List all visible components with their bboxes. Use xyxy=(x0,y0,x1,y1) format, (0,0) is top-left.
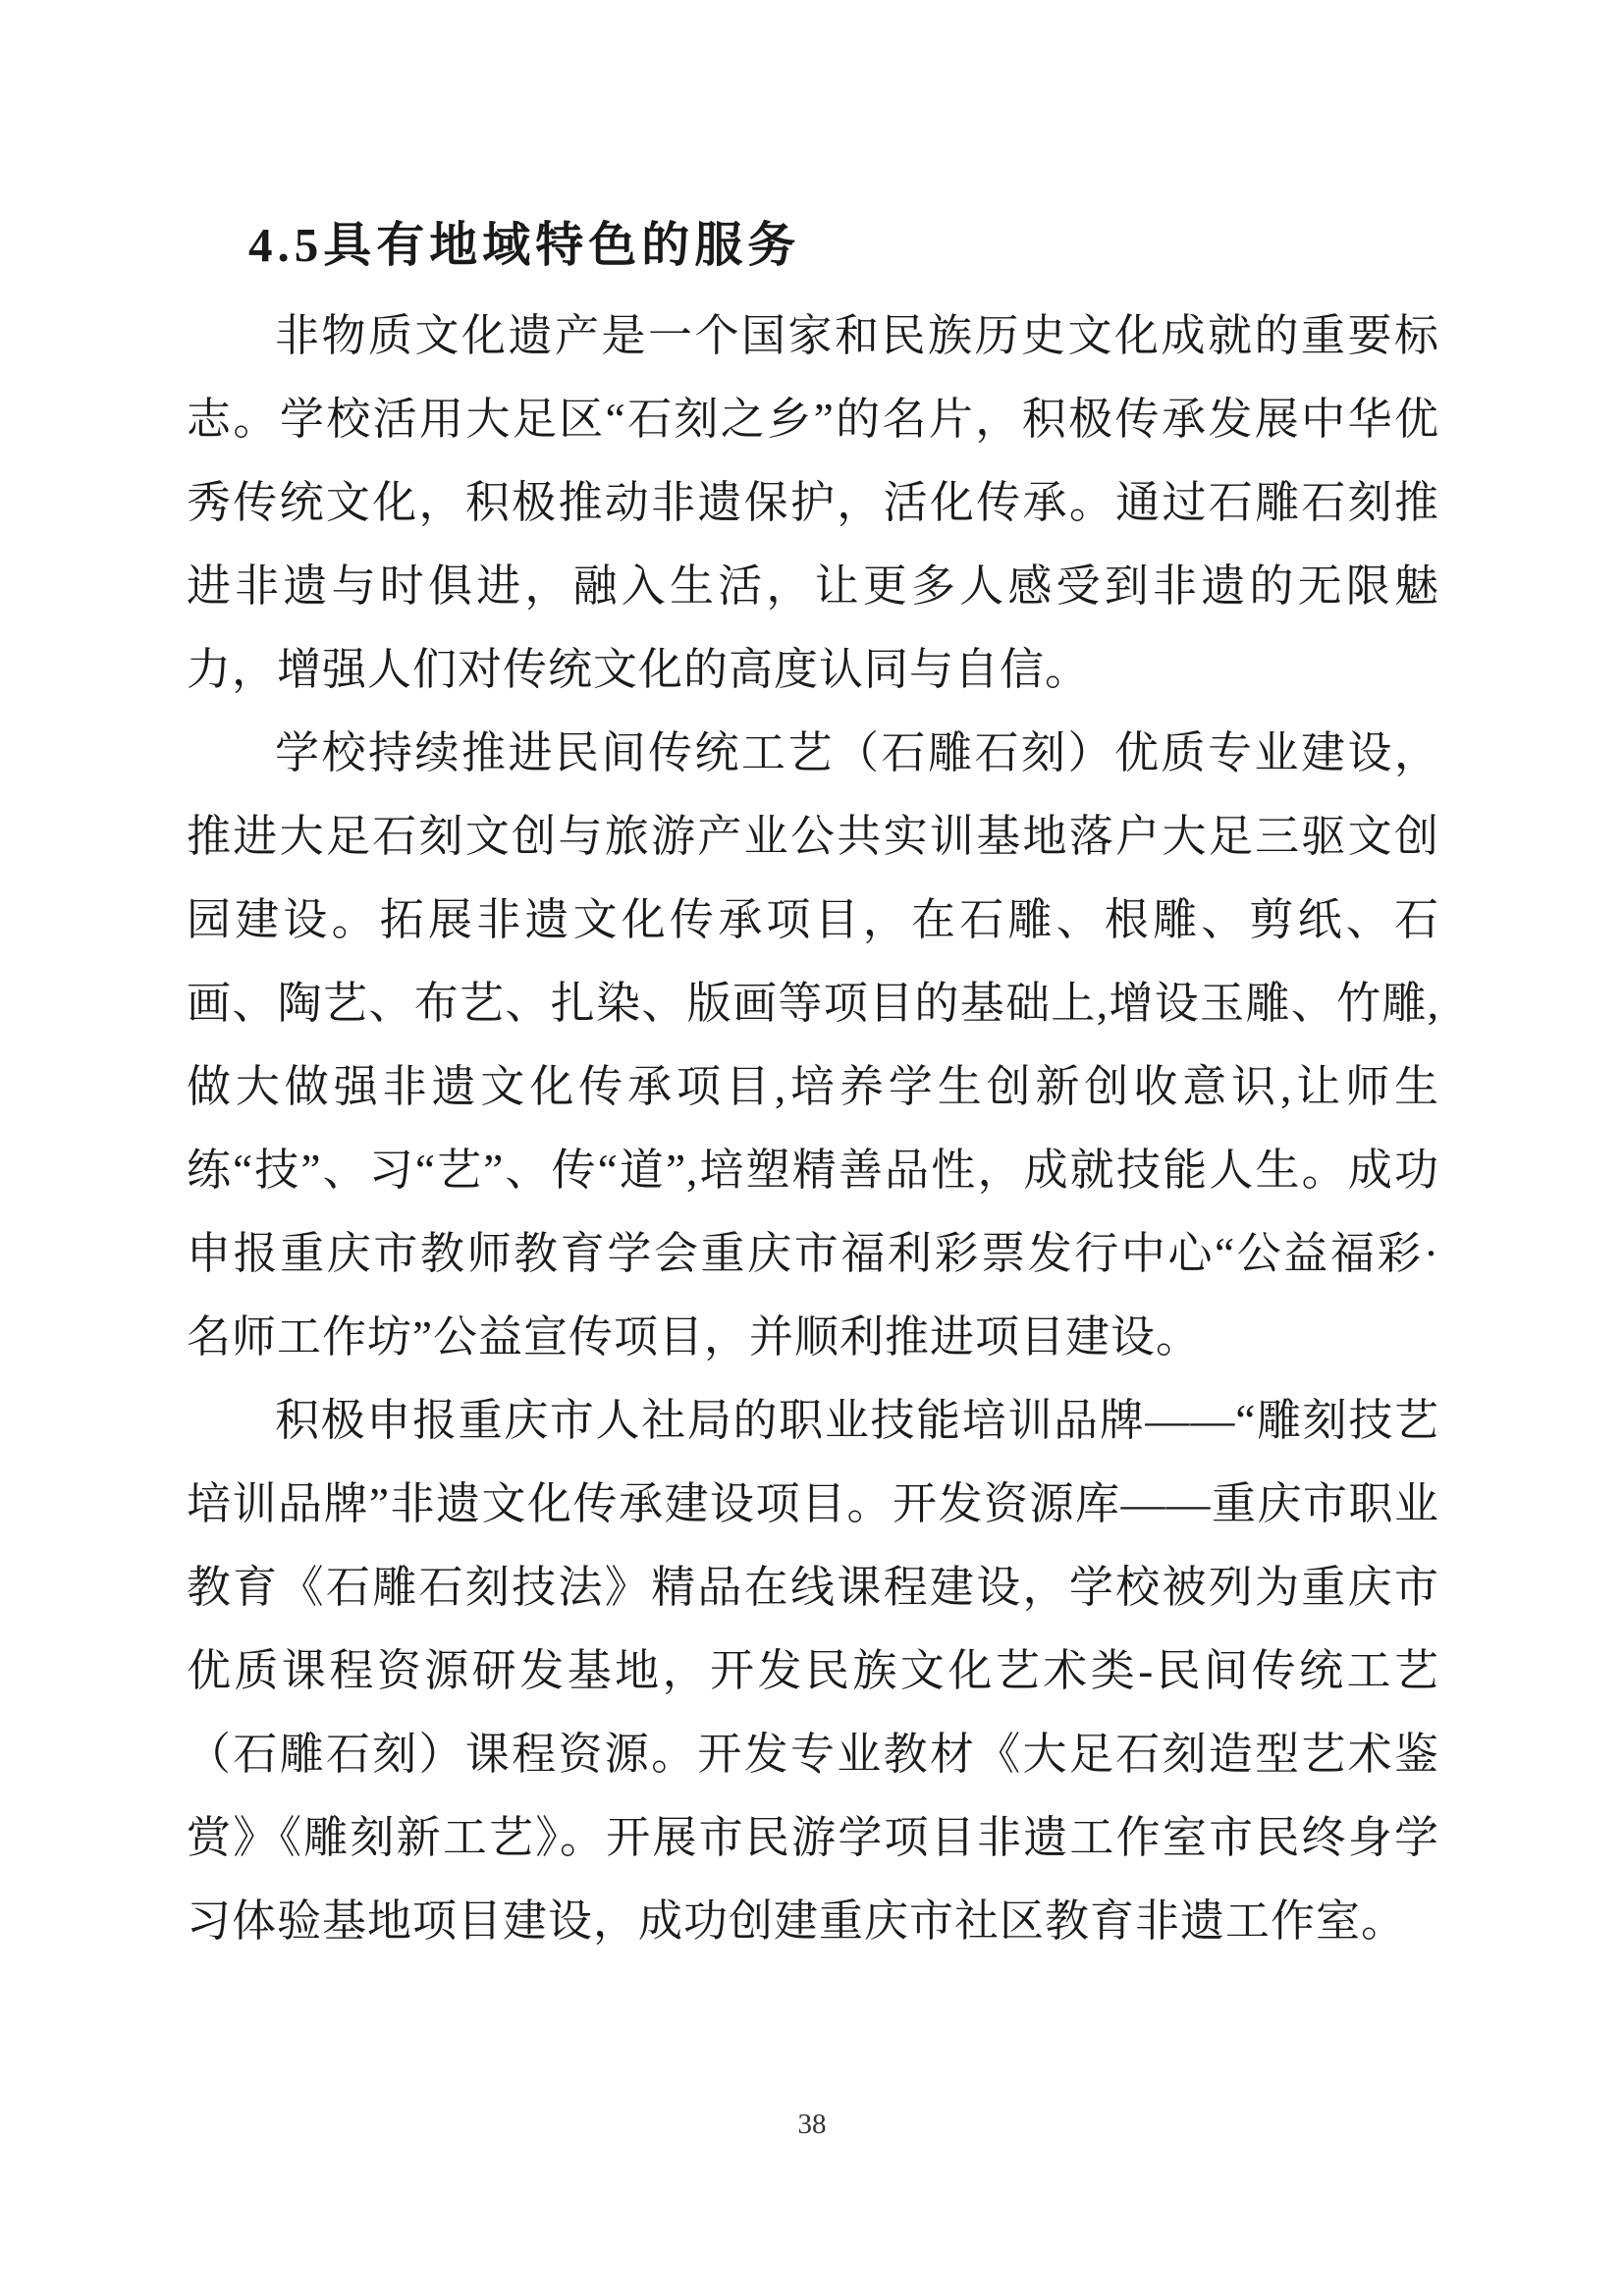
body-paragraph: 积极申报重庆市人社局的职业技能培训品牌——“雕刻技艺培训品牌”非遗文化传承建设项… xyxy=(187,1379,1439,1963)
body-paragraph: 学校持续推进民间传统工艺（石雕石刻）优质专业建设，推进大足石刻文创与旅游产业公共… xyxy=(187,712,1439,1379)
document-page: 4.5具有地域特色的服务 非物质文化遗产是一个国家和民族历史文化成就的重要标志。… xyxy=(0,0,1624,2296)
section-heading: 4.5具有地域特色的服务 xyxy=(187,214,1439,277)
body-paragraph: 非物质文化遗产是一个国家和民族历史文化成就的重要标志。学校活用大足区“石刻之乡”… xyxy=(187,294,1439,712)
page-number: 38 xyxy=(0,2109,1624,2141)
document-body: 4.5具有地域特色的服务 非物质文化遗产是一个国家和民族历史文化成就的重要标志。… xyxy=(187,214,1439,1963)
